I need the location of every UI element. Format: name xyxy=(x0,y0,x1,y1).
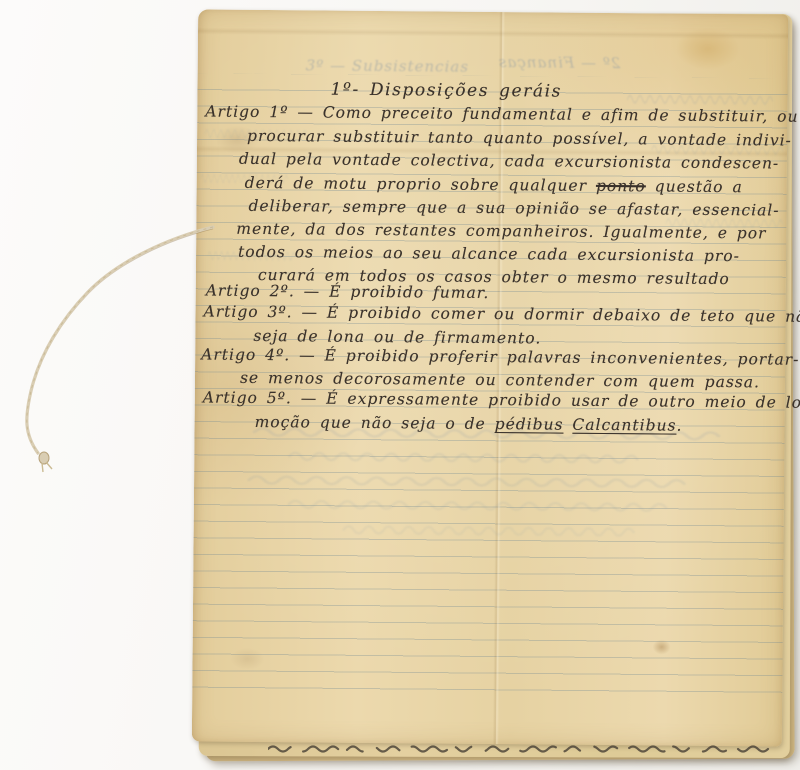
next-page-writing-peek xyxy=(268,742,783,756)
handwritten-line: deliberar, sempre que a sua opinião se a… xyxy=(248,197,779,220)
underlined-word: pédibus xyxy=(495,415,564,434)
twine-string xyxy=(0,205,240,485)
handwritten-text: 1º- Disposições geráis Artigo 1º — Como … xyxy=(192,9,788,746)
handwritten-line: Artigo 3º. — É proibido comer ou dormir … xyxy=(203,302,800,325)
handwritten-line: todos os meios ao seu alcance cada excur… xyxy=(238,243,740,265)
underlined-word: Calcantibus xyxy=(572,416,676,435)
handwritten-line: derá de motu proprio sobre qualquer pont… xyxy=(245,174,743,196)
handwritten-line: Artigo 5º. — É expressamente proibido us… xyxy=(203,388,800,411)
string-knot xyxy=(39,452,49,464)
handwritten-line: procurar substituir tanto quanto possíve… xyxy=(247,127,792,150)
scanned-notebook-document: 3º — Subsistencias 2º — Finanças xyxy=(0,0,800,770)
line-segment: moção que não seja o de xyxy=(255,413,495,433)
line-segment: questão a xyxy=(646,177,743,196)
handwritten-line: dual pela vontade colectiva, cada excurs… xyxy=(239,150,779,173)
handwritten-line: seja de lona ou de firmamento. xyxy=(253,327,541,348)
line-segment xyxy=(563,416,572,434)
handwritten-line: mente, da dos restantes companheiros. Ig… xyxy=(236,220,766,243)
notebook-page: 3º — Subsistencias 2º — Finanças xyxy=(192,9,788,746)
struck-through-word: ponto xyxy=(596,177,646,195)
handwritten-line: Artigo 1º — Como preceito fundamental e … xyxy=(205,103,798,126)
handwritten-line: Artigo 2º. — É proibido fumar. xyxy=(206,282,490,302)
section-heading: 1º- Disposições geráis xyxy=(330,80,562,102)
line-segment: . xyxy=(676,417,682,435)
handwritten-line: Artigo 4º. — É proibido proferir palavra… xyxy=(201,345,799,368)
handwritten-line: moção que não seja o de pédibus Calcanti… xyxy=(255,413,683,435)
line-segment: derá de motu proprio sobre qualquer xyxy=(245,174,596,195)
handwritten-line: se menos decorosamente ou contender com … xyxy=(240,369,760,392)
